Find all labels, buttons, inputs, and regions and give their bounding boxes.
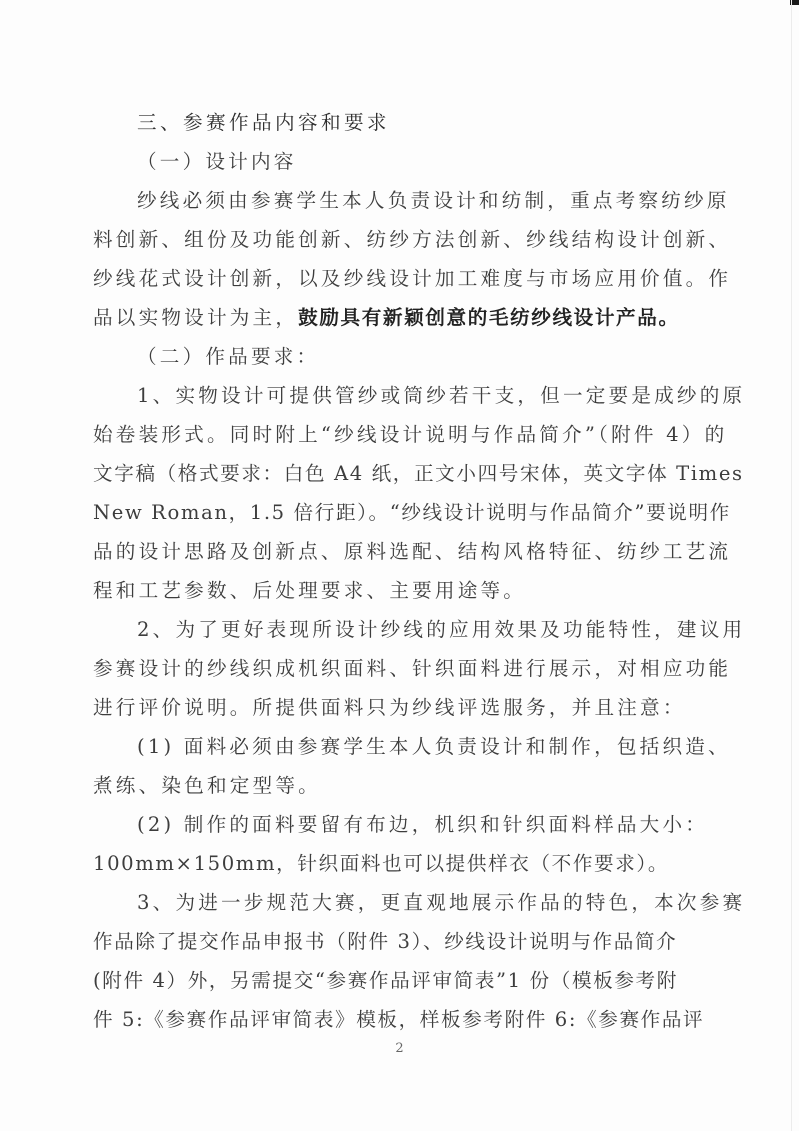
paragraph-line: 进行评价说明。所提供面料只为纱线评选服务，并且注意：: [93, 688, 703, 727]
requirement-item-3: 3、为进一步规范大赛，更直观地展示作品的特色，本次参赛 作品除了提交作品申报书（…: [93, 883, 703, 1039]
paragraph-line: 料创新、组份及功能创新、纺纱方法创新、纱线结构设计创新、: [93, 220, 703, 259]
sub-item-1-line: (1) 面料必须由参赛学生本人负责设计和制作，包括织造、: [93, 727, 703, 766]
paragraph-line: 品以实物设计为主，鼓励具有新颖创意的毛纺纱线设计产品。: [93, 298, 703, 337]
document-body: 三、参赛作品内容和要求 （一）设计内容 纱线必须由参赛学生本人负责设计和纺制，重…: [93, 103, 703, 1039]
paragraph-line: 参赛设计的纱线织成机织面料、针织面料进行展示，对相应功能: [93, 649, 703, 688]
paragraph-line: 纱线花式设计创新，以及纱线设计加工难度与市场应用价值。作: [93, 259, 703, 298]
paragraph-line: 3、为进一步规范大赛，更直观地展示作品的特色，本次参赛: [93, 883, 703, 922]
requirement-item-1: 1、实物设计可提供管纱或筒纱若干支，但一定要是成纱的原 始卷装形式。同时附上“纱…: [93, 376, 703, 610]
paragraph-line: 品的设计思路及创新点、原料选配、结构风格特征、纺纱工艺流: [93, 532, 703, 571]
paragraph-line: 件 5:《参赛作品评审简表》模板，样板参考附件 6:《参赛作品评: [93, 1000, 703, 1039]
paragraph-design-content: 纱线必须由参赛学生本人负责设计和纺制，重点考察纺纱原 料创新、组份及功能创新、纺…: [93, 181, 703, 337]
plain-text: 品以实物设计为主，: [93, 306, 298, 329]
subsection-title-work-requirements: （二）作品要求：: [93, 337, 703, 376]
sub-item-2-line: 100mm×150mm，针织面料也可以提供样衣（不作要求）。: [93, 844, 703, 883]
paragraph-line: 程和工艺参数、后处理要求、主要用途等。: [93, 571, 703, 610]
paragraph-line: 2、为了更好表现所设计纱线的应用效果及功能特性，建议用: [93, 610, 703, 649]
sub-item-2-line: (2) 制作的面料要留有布边，机织和针织面料样品大小：: [93, 805, 703, 844]
page-number: 2: [0, 1041, 799, 1056]
paragraph-line: 1、实物设计可提供管纱或筒纱若干支，但一定要是成纱的原: [93, 376, 703, 415]
paragraph-line: 文字稿（格式要求：白色 A4 纸，正文小四号宋体，英文字体 Times: [93, 454, 703, 493]
document-page: 三、参赛作品内容和要求 （一）设计内容 纱线必须由参赛学生本人负责设计和纺制，重…: [0, 0, 799, 1131]
sub-item-1-line: 煮练、染色和定型等。: [93, 766, 703, 805]
paragraph-line: (附件 4）外，另需提交“参赛作品评审简表”1 份（模板参考附: [93, 961, 703, 1000]
paragraph-line: 作品除了提交作品申报书（附件 3）、纱线设计说明与作品简介: [93, 922, 703, 961]
paragraph-line: 始卷装形式。同时附上“纱线设计说明与作品简介”（附件 4）的: [93, 415, 703, 454]
page-edge-line: [791, 0, 792, 1131]
section-heading: 三、参赛作品内容和要求: [93, 103, 703, 142]
paragraph-line: 纱线必须由参赛学生本人负责设计和纺制，重点考察纺纱原: [93, 181, 703, 220]
requirement-item-2: 2、为了更好表现所设计纱线的应用效果及功能特性，建议用 参赛设计的纱线织成机织面…: [93, 610, 703, 883]
subsection-title-design-content: （一）设计内容: [93, 142, 703, 181]
paragraph-line: New Roman，1.5 倍行距）。“纱线设计说明与作品简介”要说明作: [93, 493, 703, 532]
emphasized-text: 鼓励具有新颖创意的毛纺纱线设计产品。: [298, 306, 680, 329]
